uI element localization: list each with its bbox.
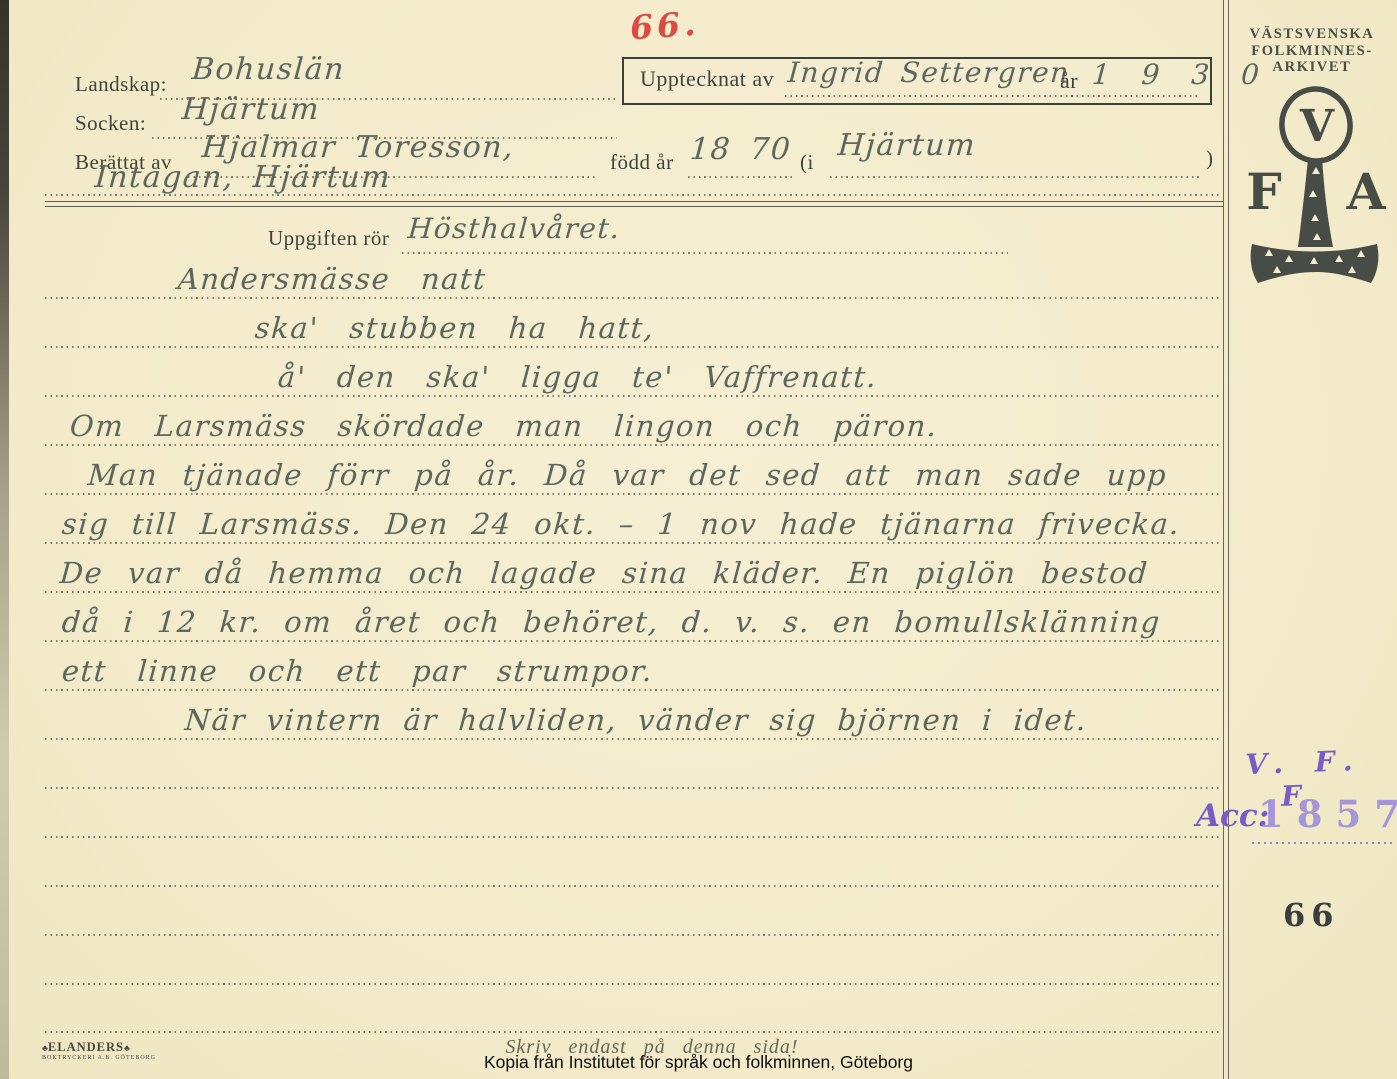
writing-line <box>688 176 796 178</box>
archive-name-line1: VÄSTSVENSKA <box>1232 26 1392 43</box>
writing-line <box>45 346 1222 348</box>
logo-letter-f: F <box>1246 162 1282 221</box>
archive-name-line3: ARKIVET <box>1232 59 1392 76</box>
acc-stamp-number: 1857 <box>1258 792 1397 836</box>
handwriting-born-place: Hjärtum <box>837 128 977 163</box>
stamped-page-number: 66 <box>1283 896 1340 934</box>
scan-edge-shadow <box>0 0 9 1079</box>
header-divider-rule <box>45 201 1223 207</box>
handwriting-line-6: sig till Larsmäss. Den 24 okt. – 1 nov h… <box>61 507 1182 541</box>
writing-line <box>830 176 1202 178</box>
writing-line <box>785 95 1200 97</box>
logo-letter-v: V <box>1299 101 1335 152</box>
archive-record-card: 66. Landskap: Bohuslän Socken: Hjärtum B… <box>0 0 1397 1079</box>
writing-line <box>45 885 1222 887</box>
handwriting-line-2: ska' stubben ha hatt, <box>254 311 656 345</box>
born-label: född år <box>610 150 674 175</box>
handwriting-line-1: Andersmässe natt <box>177 262 488 296</box>
handwriting-landskap: Bohuslän <box>191 52 346 87</box>
writing-line <box>45 493 1222 495</box>
born-close-paren: ) <box>1206 146 1214 171</box>
recorded-by-label: Upptecknat av <box>640 66 774 92</box>
subject-label: Uppgiften rör <box>268 226 389 251</box>
handwriting-line-10: När vintern är halvliden, vänder sig bjö… <box>184 703 1089 737</box>
writing-line <box>45 640 1222 642</box>
born-in-open-paren: (i <box>800 150 814 175</box>
writing-line <box>45 395 1222 397</box>
writing-line <box>188 176 598 178</box>
archive-name-line2: FOLKMINNES- <box>1232 43 1392 60</box>
archive-name: VÄSTSVENSKA FOLKMINNES- ARKIVET <box>1232 26 1392 76</box>
writing-line <box>160 98 617 100</box>
thors-hammer-logo-icon: V F A <box>1240 80 1388 290</box>
field-label-socken: Socken: <box>75 111 146 136</box>
acc-stamp-underline <box>1252 842 1394 844</box>
writing-line <box>45 689 1222 691</box>
writing-line <box>45 934 1222 936</box>
handwriting-subject: Hösthalvåret. <box>407 212 622 245</box>
writing-line <box>45 738 1222 740</box>
handwriting-line-5: Man tjänade förr på år. Då var det sed a… <box>87 458 1169 492</box>
writing-line <box>45 787 1222 789</box>
handwriting-line-9: ett linne och ett par strumpor. <box>61 654 655 688</box>
recorded-year-label: år <box>1060 68 1078 94</box>
red-page-number: 66. <box>629 4 701 48</box>
logo-letter-a: A <box>1346 162 1387 221</box>
writing-line <box>45 444 1222 446</box>
writing-line <box>45 591 1222 593</box>
writing-line <box>45 983 1222 985</box>
writing-line <box>45 836 1222 838</box>
handwriting-born-year: 18 70 <box>689 132 793 167</box>
handwriting-line-4: Om Larsmäss skördade man lingon och päro… <box>69 409 939 443</box>
writing-line <box>402 252 1008 254</box>
writing-line <box>152 137 617 139</box>
digitization-watermark: Kopia från Institutet för språk och folk… <box>0 1052 1397 1073</box>
writing-line <box>45 542 1222 544</box>
handwriting-line-7: De var då hemma och lagade sina kläder. … <box>59 556 1150 590</box>
margin-divider-rule <box>1223 0 1229 1079</box>
writing-line <box>45 194 1222 196</box>
handwriting-collector: Ingrid Settergren <box>787 56 1071 89</box>
handwriting-line-8: då i 12 kr. om året och behöret, d. v. s… <box>61 605 1162 639</box>
handwriting-line-3: å' den ska' ligga te' Vaffrenatt. <box>277 360 879 394</box>
writing-line <box>45 297 1222 299</box>
writing-line <box>45 1031 1222 1033</box>
field-label-landskap: Landskap: <box>75 72 167 97</box>
